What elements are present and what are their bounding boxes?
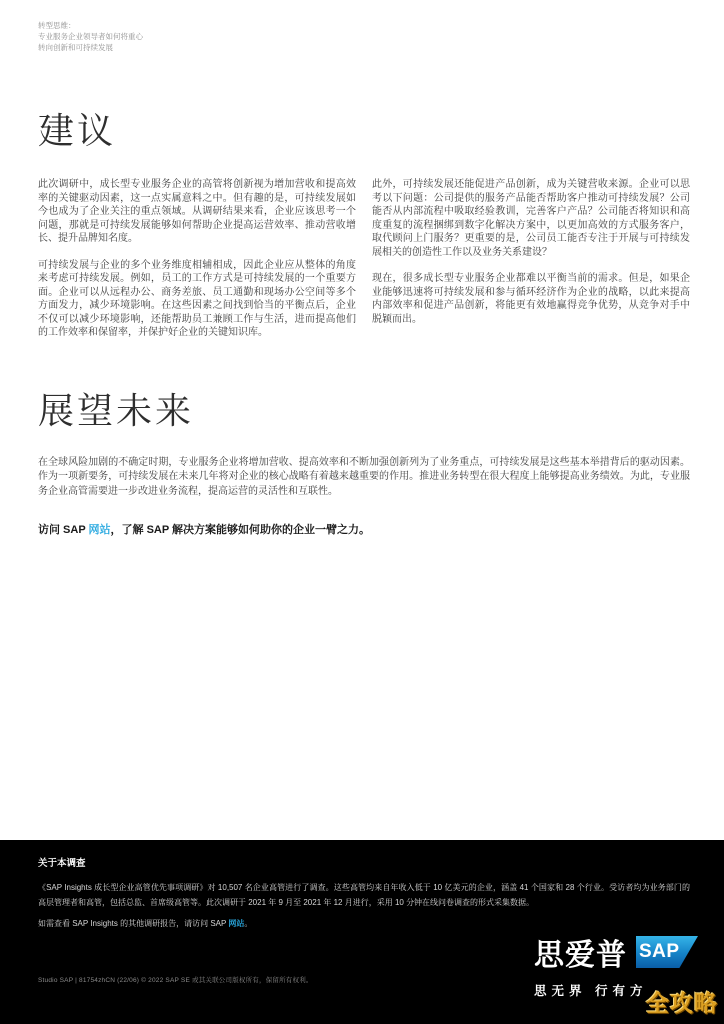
other-reports-suffix: 。 <box>244 919 252 928</box>
sap-logo-text: SAP <box>636 941 680 963</box>
paragraph: 此次调研中，成长型专业服务企业的高管将创新视为增加营收和提高效率的关键驱动因素，… <box>38 178 356 246</box>
copyright-fine-print: Studio SAP | 81754zhCN (22/06) © 2022 SA… <box>38 975 313 984</box>
watermark-text: 全攻略 <box>646 985 718 1018</box>
about-survey-title: 关于本调查 <box>38 855 690 869</box>
document-page: 转型思维： 专业服务企业领导者如何将重心 转向创新和可持续发展 建议 此次调研中… <box>0 0 724 1024</box>
section-title-outlook: 展望未来 <box>38 383 690 434</box>
report-header-note: 转型思维： 专业服务企业领导者如何将重心 转向创新和可持续发展 <box>38 20 690 53</box>
paragraph: 此外，可持续发展还能促进产品创新，成为关键营收来源。企业可以思考以下问题：公司提… <box>372 178 690 259</box>
about-survey-body: 《SAP Insights 成长型企业高管优先事项调研》对 10,507 名企业… <box>38 880 690 910</box>
header-note-line-3: 转向创新和可持续发展 <box>38 42 690 53</box>
two-column-body: 此次调研中，成长型专业服务企业的高管将创新视为增加营收和提高效率的关键驱动因素，… <box>38 178 690 353</box>
footer-sap-website-link[interactable]: 网站 <box>228 919 244 928</box>
right-column: 此外，可持续发展还能促进产品创新，成为关键营收来源。企业可以思考以下问题：公司提… <box>372 178 690 353</box>
page-footer: 关于本调查 《SAP Insights 成长型企业高管优先事项调研》对 10,5… <box>0 840 724 1024</box>
sap-chinese-name: 思爱普 <box>534 930 627 974</box>
sap-website-link[interactable]: 网站 <box>89 524 111 536</box>
sap-logo-icon: SAP <box>636 936 698 968</box>
cta-line: 访问 SAP 网站，了解 SAP 解决方案能够如何助你的企业一臂之力。 <box>38 521 690 537</box>
header-note-line-2: 专业服务企业领导者如何将重心 <box>38 31 690 42</box>
header-note-line-1: 转型思维： <box>38 20 690 31</box>
paragraph: 可持续发展与企业的多个业务维度相辅相成，因此企业应从整体的角度来考虑可持续发展。… <box>38 259 356 340</box>
page-content: 转型思维： 专业服务企业领导者如何将重心 转向创新和可持续发展 建议 此次调研中… <box>38 0 690 537</box>
cta-prefix: 访问 SAP <box>38 524 89 536</box>
section-title-recommendations: 建议 <box>38 103 690 154</box>
brand-row: 思爱普 SAP <box>534 930 698 974</box>
outlook-paragraph: 在全球风险加剧的不确定时期，专业服务企业将增加营收、提高效率和不断加强创新列为了… <box>38 456 690 500</box>
other-reports-line: 如需查看 SAP Insights 的其他调研报告，请访问 SAP 网站。 <box>38 918 690 929</box>
paragraph: 现在，很多成长型专业服务企业都难以平衡当前的需求。但是，如果企业能够迅速将可持续… <box>372 272 690 326</box>
other-reports-prefix: 如需查看 SAP Insights 的其他调研报告，请访问 SAP <box>38 919 228 928</box>
cta-suffix: ，了解 SAP 解决方案能够如何助你的企业一臂之力。 <box>111 524 371 536</box>
left-column: 此次调研中，成长型专业服务企业的高管将创新视为增加营收和提高效率的关键驱动因素，… <box>38 178 356 353</box>
